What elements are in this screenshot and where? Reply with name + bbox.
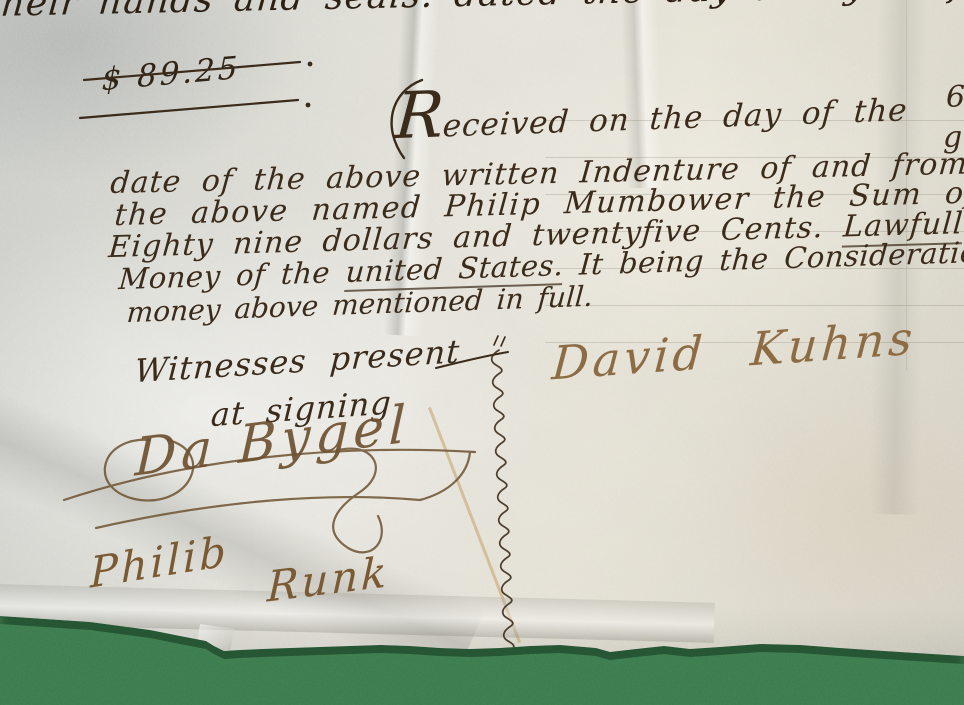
ruled-line [545,194,964,195]
ruled-line [545,305,964,306]
photo-of-historical-document: their hands and seals. dated the day and… [0,0,964,705]
ruled-line [545,157,964,158]
ruled-line [545,342,964,343]
ruled-line [545,120,964,121]
ruled-line [545,268,964,269]
paper-sheet: their hands and seals. dated the day and… [0,0,964,705]
margin-line [906,0,907,370]
ruled-line [545,231,964,232]
paper-texture [0,0,964,705]
